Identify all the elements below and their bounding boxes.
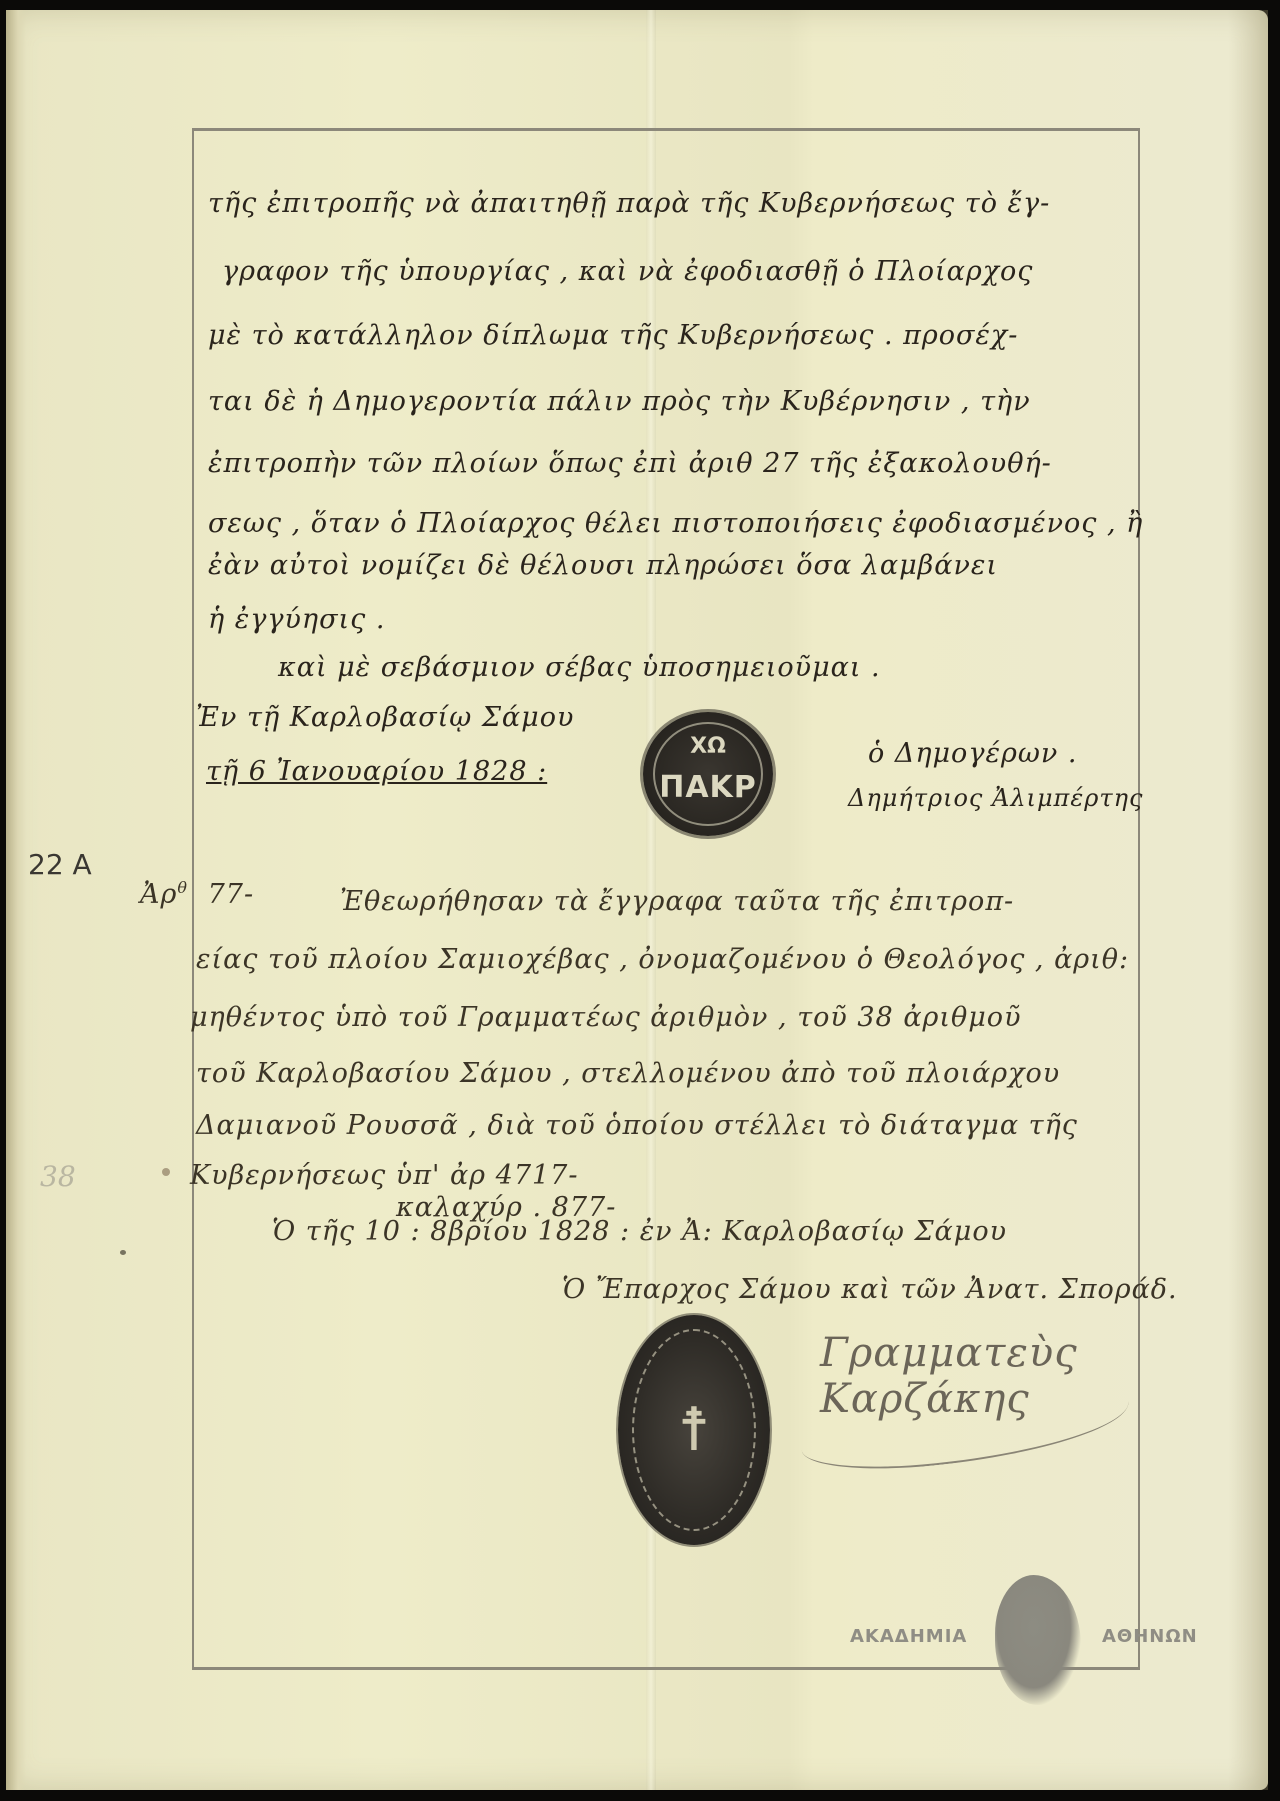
text-line: γραφον τῆς ὑπουργίας , καὶ νὰ ἐφοδιασθῇ … (222, 256, 1033, 287)
registry-number: 77- (208, 879, 254, 910)
text-line: Κυβερνήσεως ὑπ' ἀρ 4717- (190, 1160, 578, 1191)
ink-blot (120, 1250, 126, 1255)
text-line: Ἐθεωρήθησαν τὰ ἔγγραφα ταῦτα τῆς ἐπιτροπ… (340, 886, 1014, 917)
text-line: ται δὲ ἡ Δημογεροντία πάλιν πρὸς τὴν Κυβ… (208, 386, 1031, 417)
text-line: ἡ ἐγγύησις . (208, 604, 385, 635)
place-line: Ἐν τῇ Καρλοβασίῳ Σάμου (196, 702, 574, 733)
text-line: σεως , ὅταν ὁ Πλοίαρχος θέλει πιστοποιήσ… (208, 508, 1143, 539)
registry-label-sup: θ (177, 878, 188, 897)
text-line: ἐπιτροπὴν τῶν πλοίων ὅπως ἐπὶ ἀριθ 27 τῆ… (208, 448, 1052, 479)
watermark-right-text: ΑΘΗΝΩΝ (1102, 1626, 1198, 1647)
watermark-left-text: ΑΚΑΔΗΜΙΑ (850, 1626, 967, 1647)
seal-top-glyphs: ΧΩ (643, 734, 773, 759)
text-line: μὲ τὸ κατάλληλον δίπλωμα τῆς Κυβερνήσεως… (208, 320, 1018, 351)
text-line: μηθέντος ὑπὸ τοῦ Γραμματέως ἀριθμὸν , το… (190, 1002, 1021, 1033)
margin-reference: 22 A (28, 848, 92, 881)
date-place-line: Ὁ τῆς 10 : 8βρίου 1828 : ἐν Ἀ: Καρλοβασί… (272, 1216, 1007, 1247)
text-line: ἐὰν αὐτοὶ νομίζει δὲ θέλουσι πληρώσει ὅσ… (208, 550, 998, 581)
pencil-margin-number: 38 (40, 1160, 76, 1193)
signatory-name: Δημήτριος Ἀλιμπέρτης (848, 784, 1143, 812)
ink-blot (162, 1168, 170, 1176)
office-line: Ὁ Ἔπαρχος Σάμου καὶ τῶν Ἀνατ. Σποράδ. (562, 1274, 1178, 1305)
registry-label-text: Ἀρ (140, 879, 177, 910)
closing-line: καὶ μὲ σεβάσμιον σέβας ὑποσημειοῦμαι . (278, 652, 881, 683)
wax-seal-prefecture: ☨ (618, 1315, 770, 1545)
saint-figure-icon: ☨ (678, 1395, 711, 1465)
date-line: τῇ 6 Ἰανουαρίου 1828 : (206, 756, 547, 787)
seal-bottom-glyphs: ΠΑΚΡ (643, 770, 773, 805)
registry-label: Ἀρθ 77- (140, 878, 254, 910)
page-left-edge (6, 10, 26, 1790)
text-line: τῆς ἐπιτροπῆς νὰ ἀπαιτηθῇ παρὰ τῆς Κυβερ… (208, 188, 1050, 219)
page-right-shadow (1228, 10, 1268, 1790)
text-line: Δαμιανοῦ Ρουσσᾶ , διὰ τοῦ ὁποίου στέλλει… (196, 1110, 1078, 1141)
wax-seal-village: ΧΩ ΠΑΚΡ (643, 712, 773, 836)
text-line: τοῦ Καρλοβασίου Σάμου , στελλομένου ἀπὸ … (196, 1058, 1060, 1089)
text-line: είας τοῦ πλοίου Σαμιοχέβας , ὀνομαζομένο… (196, 944, 1129, 975)
signatory-title: ὁ Δημογέρων . (868, 738, 1077, 769)
